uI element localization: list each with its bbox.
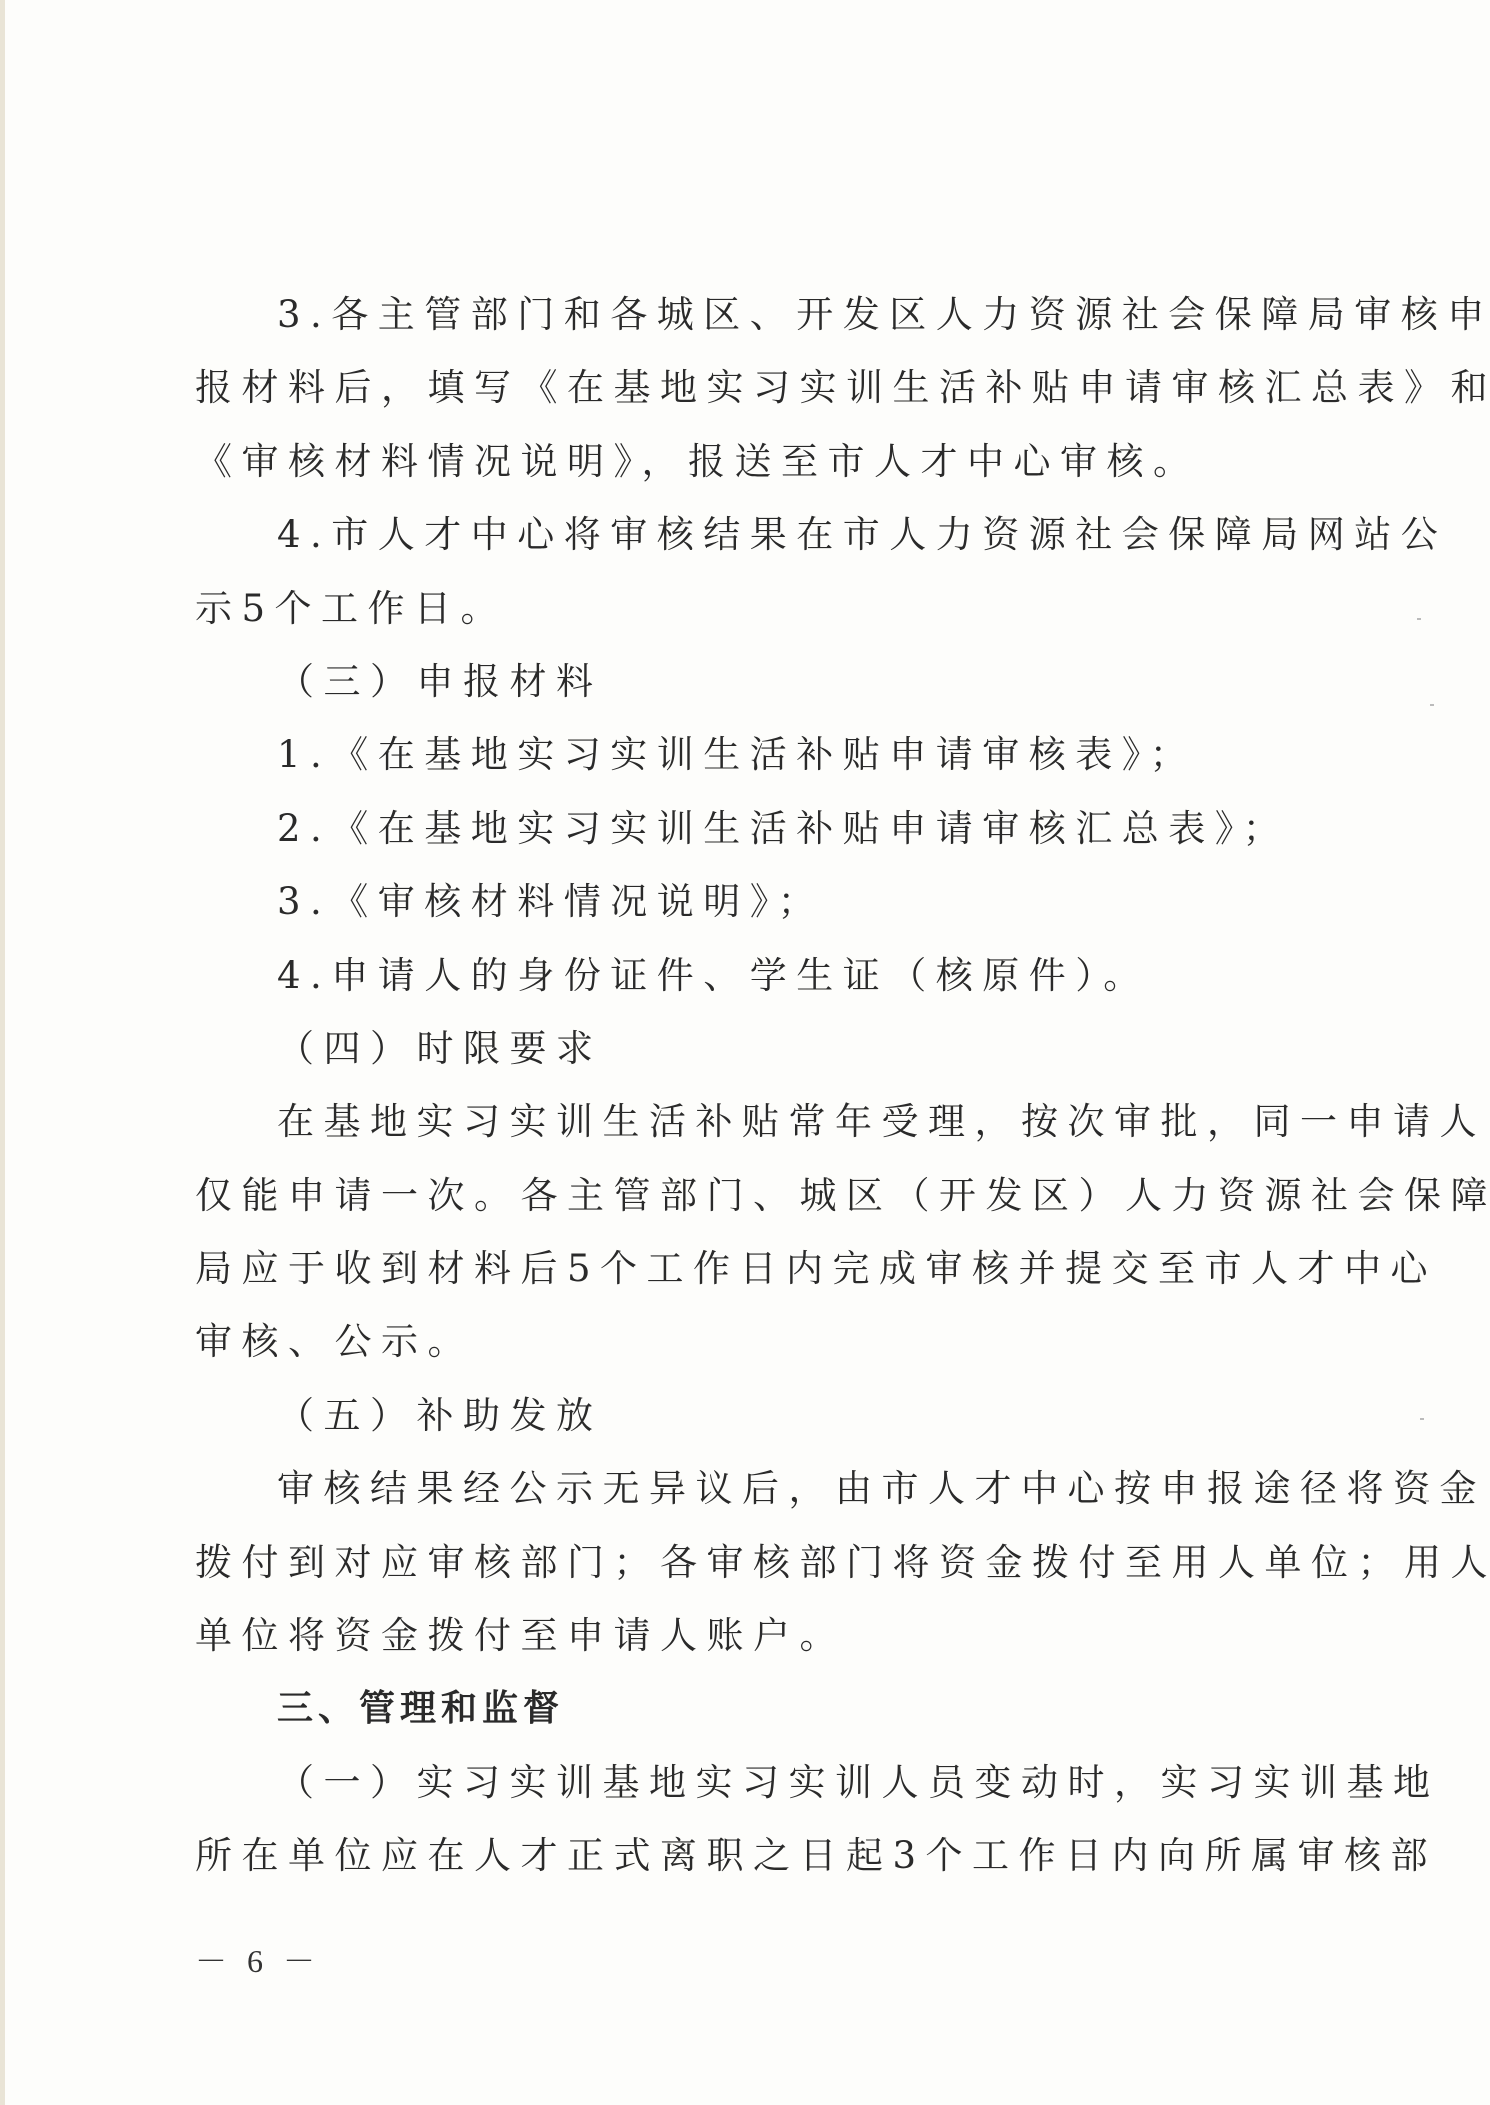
list-item: 4.申请人的身份证件、学生证（核原件）。 [195, 939, 1295, 1012]
page-number: － 6 － [195, 1936, 321, 1982]
scan-speck [1430, 704, 1434, 706]
scan-speck [1420, 1418, 1424, 1420]
text-line: 所在单位应在人才正式离职之日起3个工作日内向所属审核部 [195, 1819, 1295, 1892]
subsection-heading: （四）时限要求 [195, 1012, 1295, 1085]
subsection-heading: （三）申报材料 [195, 645, 1295, 718]
text-line: 拨付到对应审核部门；各审核部门将资金拨付至用人单位；用人 [195, 1526, 1295, 1599]
text-line: 《审核材料情况说明》，报送至市人才中心审核。 [195, 425, 1295, 498]
text-line: 在基地实习实训生活补贴常年受理，按次审批，同一申请人 [195, 1085, 1295, 1158]
scan-speck [1417, 618, 1421, 620]
scan-speck [1425, 1500, 1429, 1502]
text-line: 报材料后，填写《在基地实习实训生活补贴申请审核汇总表》和 [195, 351, 1295, 424]
text-line: 单位将资金拨付至申请人账户。 [195, 1599, 1295, 1672]
section-heading: 三、管理和监督 [195, 1672, 1295, 1745]
text-line: 局应于收到材料后5个工作日内完成审核并提交至市人才中心 [195, 1232, 1295, 1305]
text-line: 示5个工作日。 [195, 572, 1295, 645]
text-line: （一）实习实训基地实习实训人员变动时，实习实训基地 [195, 1746, 1295, 1819]
text-line: 审核结果经公示无异议后，由市人才中心按申报途径将资金 [195, 1452, 1295, 1525]
text-line: 审核、公示。 [195, 1305, 1295, 1378]
text-line: 4.市人才中心将审核结果在市人力资源社会保障局网站公 [195, 498, 1295, 571]
text-line: 仅能申请一次。各主管部门、城区（开发区）人力资源社会保障 [195, 1159, 1295, 1232]
list-item: 3.《审核材料情况说明》； [195, 865, 1295, 938]
text-line: 3.各主管部门和各城区、开发区人力资源社会保障局审核申 [195, 278, 1295, 351]
list-item: 1.《在基地实习实训生活补贴申请审核表》； [195, 718, 1295, 791]
scan-edge-strip [0, 0, 5, 2105]
list-item: 2.《在基地实习实训生活补贴申请审核汇总表》； [195, 792, 1295, 865]
document-page: 3.各主管部门和各城区、开发区人力资源社会保障局审核申 报材料后，填写《在基地实… [195, 278, 1295, 1893]
subsection-heading: （五）补助发放 [195, 1379, 1295, 1452]
